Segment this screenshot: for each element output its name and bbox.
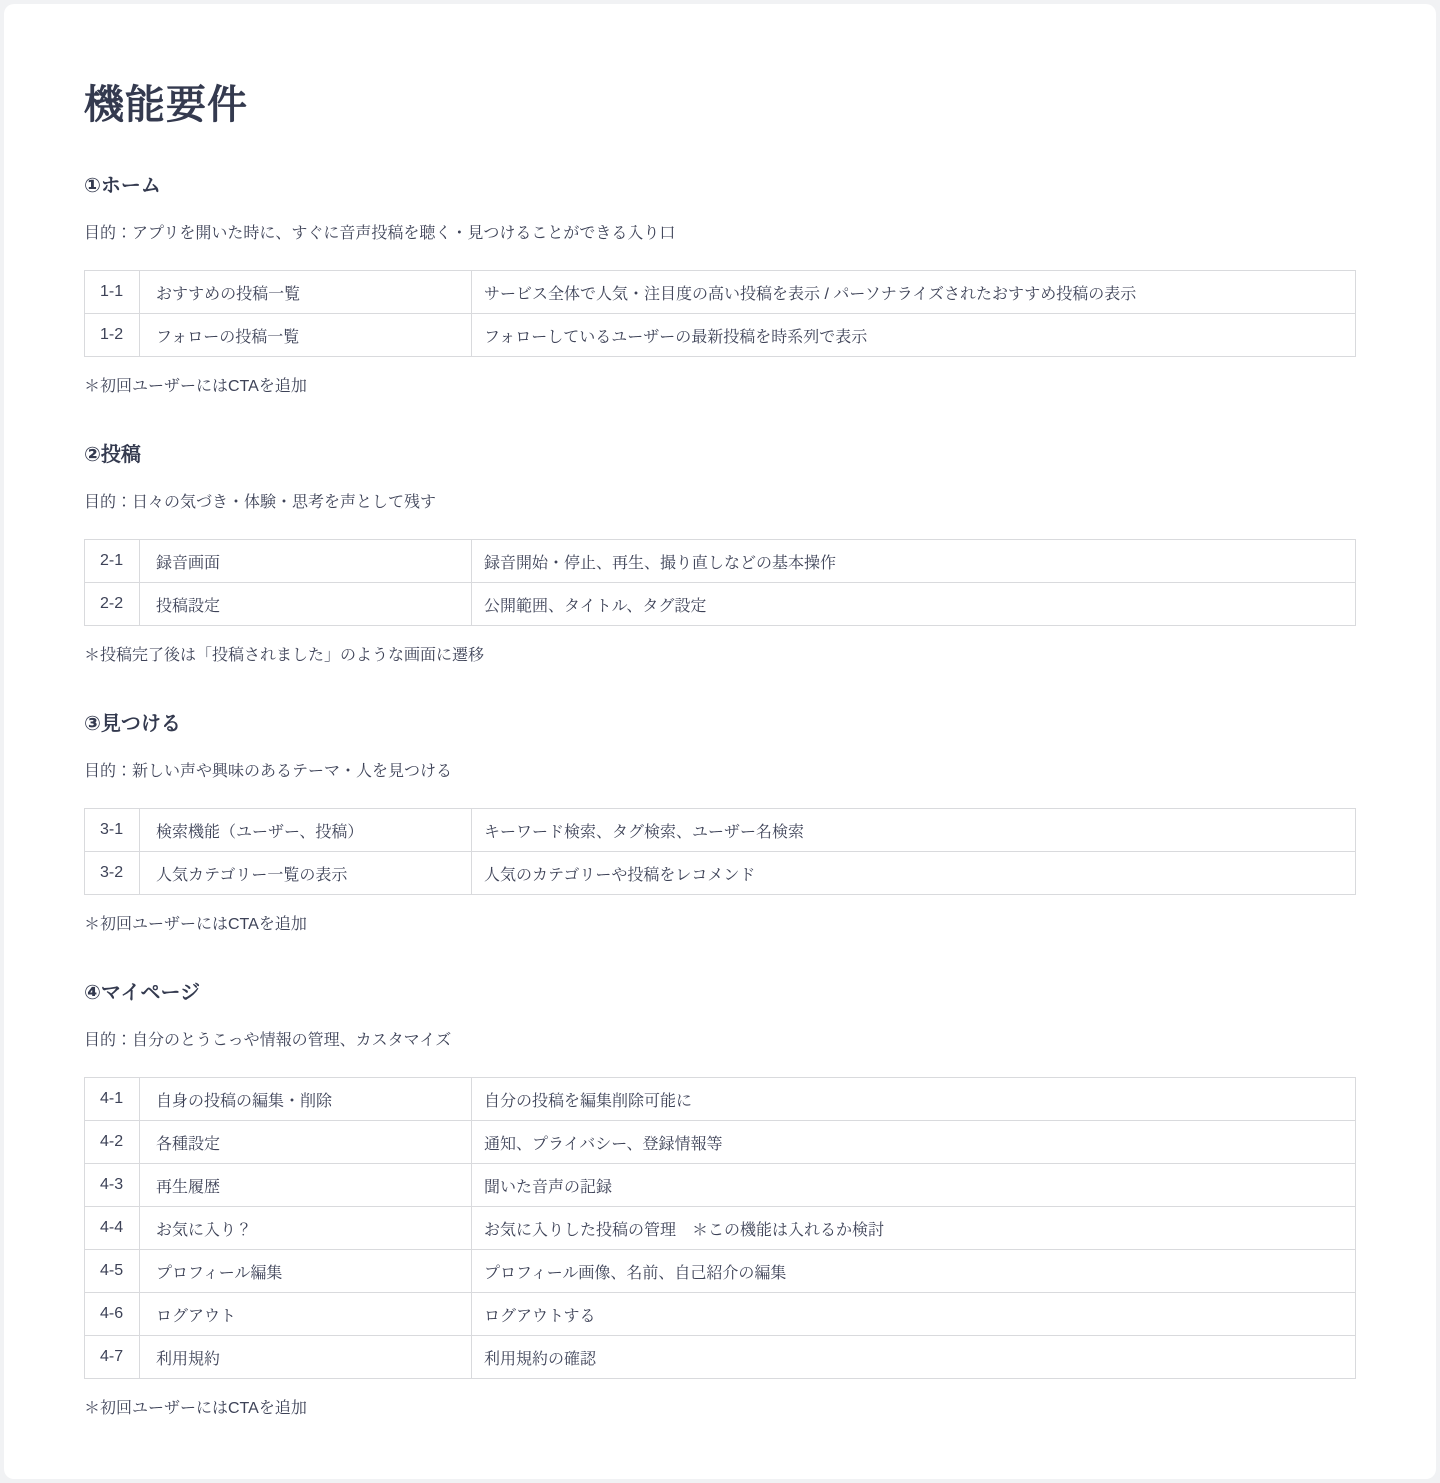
row-id-cell: 3-2 bbox=[85, 852, 140, 895]
section-purpose: 目的：新しい声や興味のあるテーマ・人を見つける bbox=[84, 760, 1356, 784]
feature-table: 3-1 検索機能（ユーザー、投稿） キーワード検索、タグ検索、ユーザー名検索 3… bbox=[84, 808, 1356, 895]
row-desc-cell: お気に入りした投稿の管理 ＊この機能は入れるか検討 bbox=[472, 1207, 1356, 1250]
section-purpose: 目的：日々の気づき・体験・思考を声として残す bbox=[84, 491, 1356, 515]
section-heading: ③見つける bbox=[84, 710, 1356, 738]
table-row: 4-5 プロフィール編集 プロフィール画像、名前、自己紹介の編集 bbox=[85, 1250, 1356, 1293]
row-desc-cell: 人気のカテゴリーや投稿をレコメンド bbox=[472, 852, 1356, 895]
row-id-cell: 4-6 bbox=[85, 1293, 140, 1336]
row-desc-cell: 自分の投稿を編集削除可能に bbox=[472, 1078, 1356, 1121]
row-id-cell: 4-1 bbox=[85, 1078, 140, 1121]
row-name-cell: 各種設定 bbox=[140, 1121, 472, 1164]
row-name-cell: おすすめの投稿一覧 bbox=[140, 271, 472, 314]
row-desc-cell: ログアウトする bbox=[472, 1293, 1356, 1336]
row-name-cell: 再生履歴 bbox=[140, 1164, 472, 1207]
row-name-cell: 投稿設定 bbox=[140, 583, 472, 626]
sections-container: ①ホーム 目的：アプリを開いた時に、すぐに音声投稿を聴く・見つけることができる入… bbox=[84, 172, 1356, 1421]
row-id-cell: 1-1 bbox=[85, 271, 140, 314]
row-id-cell: 1-2 bbox=[85, 314, 140, 357]
feature-table: 4-1 自身の投稿の編集・削除 自分の投稿を編集削除可能に 4-2 各種設定 通… bbox=[84, 1077, 1356, 1379]
table-row: 1-1 おすすめの投稿一覧 サービス全体で人気・注目度の高い投稿を表示 / パー… bbox=[85, 271, 1356, 314]
feature-section: ②投稿 目的：日々の気づき・体験・思考を声として残す 2-1 録音画面 録音開始… bbox=[84, 441, 1356, 668]
table-row: 1-2 フォローの投稿一覧 フォローしているユーザーの最新投稿を時系列で表示 bbox=[85, 314, 1356, 357]
feature-table: 2-1 録音画面 録音開始・停止、再生、撮り直しなどの基本操作 2-2 投稿設定… bbox=[84, 539, 1356, 626]
row-id-cell: 4-2 bbox=[85, 1121, 140, 1164]
row-name-cell: ログアウト bbox=[140, 1293, 472, 1336]
row-name-cell: お気に入り？ bbox=[140, 1207, 472, 1250]
table-row: 2-2 投稿設定 公開範囲、タイトル、タグ設定 bbox=[85, 583, 1356, 626]
feature-section: ①ホーム 目的：アプリを開いた時に、すぐに音声投稿を聴く・見つけることができる入… bbox=[84, 172, 1356, 399]
row-desc-cell: フォローしているユーザーの最新投稿を時系列で表示 bbox=[472, 314, 1356, 357]
table-row: 4-6 ログアウト ログアウトする bbox=[85, 1293, 1356, 1336]
section-purpose: 目的：アプリを開いた時に、すぐに音声投稿を聴く・見つけることができる入り口 bbox=[84, 222, 1356, 246]
section-note: ＊初回ユーザーにはCTAを追加 bbox=[84, 913, 1356, 937]
table-row: 4-7 利用規約 利用規約の確認 bbox=[85, 1336, 1356, 1379]
row-desc-cell: サービス全体で人気・注目度の高い投稿を表示 / パーソナライズされたおすすめ投稿… bbox=[472, 271, 1356, 314]
table-row: 4-4 お気に入り？ お気に入りした投稿の管理 ＊この機能は入れるか検討 bbox=[85, 1207, 1356, 1250]
row-desc-cell: キーワード検索、タグ検索、ユーザー名検索 bbox=[472, 809, 1356, 852]
section-note: ＊初回ユーザーにはCTAを追加 bbox=[84, 375, 1356, 399]
row-name-cell: 検索機能（ユーザー、投稿） bbox=[140, 809, 472, 852]
row-desc-cell: 利用規約の確認 bbox=[472, 1336, 1356, 1379]
row-desc-cell: 公開範囲、タイトル、タグ設定 bbox=[472, 583, 1356, 626]
row-desc-cell: 通知、プライバシー、登録情報等 bbox=[472, 1121, 1356, 1164]
table-row: 4-2 各種設定 通知、プライバシー、登録情報等 bbox=[85, 1121, 1356, 1164]
row-name-cell: 人気カテゴリー一覧の表示 bbox=[140, 852, 472, 895]
row-name-cell: 利用規約 bbox=[140, 1336, 472, 1379]
row-id-cell: 2-1 bbox=[85, 540, 140, 583]
feature-section: ④マイページ 目的：自分のとうこっや情報の管理、カスタマイズ 4-1 自身の投稿… bbox=[84, 979, 1356, 1421]
section-heading: ②投稿 bbox=[84, 441, 1356, 469]
row-name-cell: 自身の投稿の編集・削除 bbox=[140, 1078, 472, 1121]
row-desc-cell: プロフィール画像、名前、自己紹介の編集 bbox=[472, 1250, 1356, 1293]
row-id-cell: 4-4 bbox=[85, 1207, 140, 1250]
row-desc-cell: 録音開始・停止、再生、撮り直しなどの基本操作 bbox=[472, 540, 1356, 583]
row-id-cell: 4-3 bbox=[85, 1164, 140, 1207]
feature-section: ③見つける 目的：新しい声や興味のあるテーマ・人を見つける 3-1 検索機能（ユ… bbox=[84, 710, 1356, 937]
document-page: 機能要件 ①ホーム 目的：アプリを開いた時に、すぐに音声投稿を聴く・見つけること… bbox=[4, 4, 1436, 1479]
row-id-cell: 3-1 bbox=[85, 809, 140, 852]
row-id-cell: 2-2 bbox=[85, 583, 140, 626]
table-row: 2-1 録音画面 録音開始・停止、再生、撮り直しなどの基本操作 bbox=[85, 540, 1356, 583]
row-id-cell: 4-7 bbox=[85, 1336, 140, 1379]
section-note: ＊投稿完了後は「投稿されました」のような画面に遷移 bbox=[84, 644, 1356, 668]
table-row: 4-3 再生履歴 聞いた音声の記録 bbox=[85, 1164, 1356, 1207]
row-name-cell: 録音画面 bbox=[140, 540, 472, 583]
row-desc-cell: 聞いた音声の記録 bbox=[472, 1164, 1356, 1207]
row-id-cell: 4-5 bbox=[85, 1250, 140, 1293]
section-note: ＊初回ユーザーにはCTAを追加 bbox=[84, 1397, 1356, 1421]
table-row: 3-2 人気カテゴリー一覧の表示 人気のカテゴリーや投稿をレコメンド bbox=[85, 852, 1356, 895]
page-title: 機能要件 bbox=[84, 80, 1356, 130]
table-row: 4-1 自身の投稿の編集・削除 自分の投稿を編集削除可能に bbox=[85, 1078, 1356, 1121]
row-name-cell: フォローの投稿一覧 bbox=[140, 314, 472, 357]
section-heading: ④マイページ bbox=[84, 979, 1356, 1007]
feature-table: 1-1 おすすめの投稿一覧 サービス全体で人気・注目度の高い投稿を表示 / パー… bbox=[84, 270, 1356, 357]
table-row: 3-1 検索機能（ユーザー、投稿） キーワード検索、タグ検索、ユーザー名検索 bbox=[85, 809, 1356, 852]
section-heading: ①ホーム bbox=[84, 172, 1356, 200]
row-name-cell: プロフィール編集 bbox=[140, 1250, 472, 1293]
section-purpose: 目的：自分のとうこっや情報の管理、カスタマイズ bbox=[84, 1029, 1356, 1053]
